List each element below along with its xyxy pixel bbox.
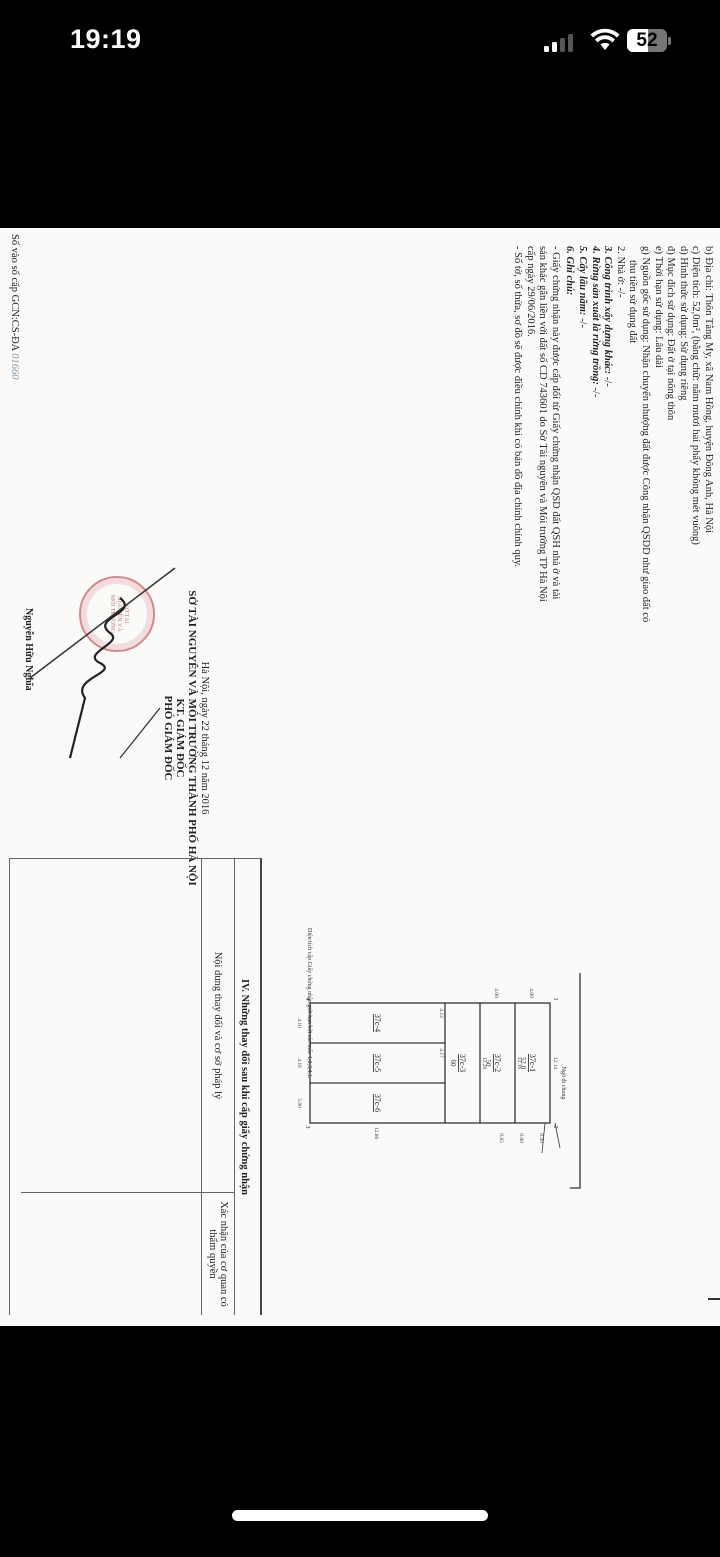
section-item: 4. Rừng sản xuất là rừng trồng: -/- [588,246,601,886]
svg-text:2: 2 [552,1126,558,1129]
registry-number: Số vào sổ cấp GCN:CS-ĐA 01660 [9,234,20,380]
land-info-line: d) Hình thức sử dụng: Sử dụng riêng [676,246,689,886]
svg-text:0.85: 0.85 [498,1133,504,1143]
land-info-line: c) Diện tích: 52,0m², (bằng chữ: năm mươ… [689,246,702,886]
svg-text:Ngõ đi chung: Ngõ đi chung [560,1067,566,1100]
svg-text:0.80: 0.80 [518,1133,524,1143]
svg-text:12.26: 12.26 [481,1057,487,1070]
svg-text:37c-3: 37c-3 [458,1054,467,1072]
svg-text:37c-1: 37c-1 [528,1054,537,1072]
wifi-icon [590,28,620,52]
plot-diagram: Ngõ đi chung37c-152.037c-25037c-36037c-4… [250,963,590,1203]
signer-name: Nguyễn Hữu Nghĩa [23,608,34,691]
svg-text:37c-4: 37c-4 [373,1014,382,1032]
cellular-signal-icon [544,32,580,52]
svg-text:4.12: 4.12 [438,1008,444,1018]
note-line: cấp ngày 29/06/2016. [523,246,536,766]
land-info: b) Địa chỉ: Thôn Tằng My, xã Nam Hồng, h… [563,246,714,886]
svg-text:1: 1 [552,998,558,1001]
note-line: - Số tờ, số thửa, sơ đồ sẽ được điều chỉ… [511,246,524,766]
land-info-line: đ) Mục đích sử dụng: Đất ở tại nông thôn [664,246,677,886]
svg-text:12.16: 12.16 [516,1057,522,1070]
note-line: sản khác gắn liền với đất số CD 743601 d… [536,246,549,766]
land-info-line: b) Địa chỉ: Thôn Tằng My, xã Nam Hồng, h… [701,246,714,886]
edge-mark [708,1298,720,1300]
home-indicator[interactable] [232,1510,488,1521]
battery-percent: 52 [627,29,667,52]
land-info-line: thu tiền sử dụng đất [626,246,639,886]
plot-caption: Diện tích cấp Giấy chứng nhận giới hạn b… [306,928,312,1079]
changes-table-title: IV. Những thay đổi sau khi cấp giấy chứn… [234,859,254,1315]
section-item: 5. Cây lâu năm: -/- [575,246,588,886]
land-info-line: g) Nguồn gốc sử dụng: Nhận chuyển nhượng… [638,246,651,886]
document-photo: b) Địa chỉ: Thôn Tằng My, xã Nam Hồng, h… [0,228,720,1326]
status-bar: 19:19 52 [0,0,720,80]
section-item: 2. Nhà ở: -/- [613,246,626,886]
svg-text:12.14: 12.14 [552,1057,558,1070]
section-item: 6. Ghi chú: [563,246,576,886]
column-header-content: Nội dung thay đổi và cơ sở pháp lý [202,859,234,1193]
note-line: - Giấy chứng nhận này được cấp đổi từ Gi… [548,246,561,766]
signature-icon [20,558,180,768]
svg-text:3: 3 [304,1126,310,1129]
svg-text:5.00: 5.00 [296,1098,302,1108]
battery-icon: 52 [627,29,671,53]
changes-table: IV. Những thay đổi sau khi cấp giấy chứn… [9,858,262,1315]
svg-text:37c-5: 37c-5 [373,1054,382,1072]
svg-text:4.10: 4.10 [296,1018,302,1028]
changes-confirmation-cell [21,1193,201,1315]
svg-text:4.16: 4.16 [296,1058,302,1068]
svg-text:60: 60 [449,1060,457,1068]
clock: 19:19 [70,24,142,55]
svg-text:37c-2: 37c-2 [493,1054,502,1072]
section-item: 3. Công trình xây dựng khác: -/- [601,246,614,886]
svg-text:4.00: 4.00 [493,988,499,998]
svg-text:4.17: 4.17 [438,1048,444,1058]
land-info-line: e) Thời hạn sử dụng: Lâu dài [651,246,664,886]
changes-content-cell [21,859,201,1193]
notes: - Giấy chứng nhận này được cấp đổi từ Gi… [511,246,561,766]
svg-text:37c-6: 37c-6 [373,1094,382,1112]
column-header-confirmation: Xác nhận của cơ quan có thẩm quyền [202,1193,234,1315]
svg-text:4.00: 4.00 [528,988,534,998]
svg-text:12.86: 12.86 [373,1127,379,1140]
